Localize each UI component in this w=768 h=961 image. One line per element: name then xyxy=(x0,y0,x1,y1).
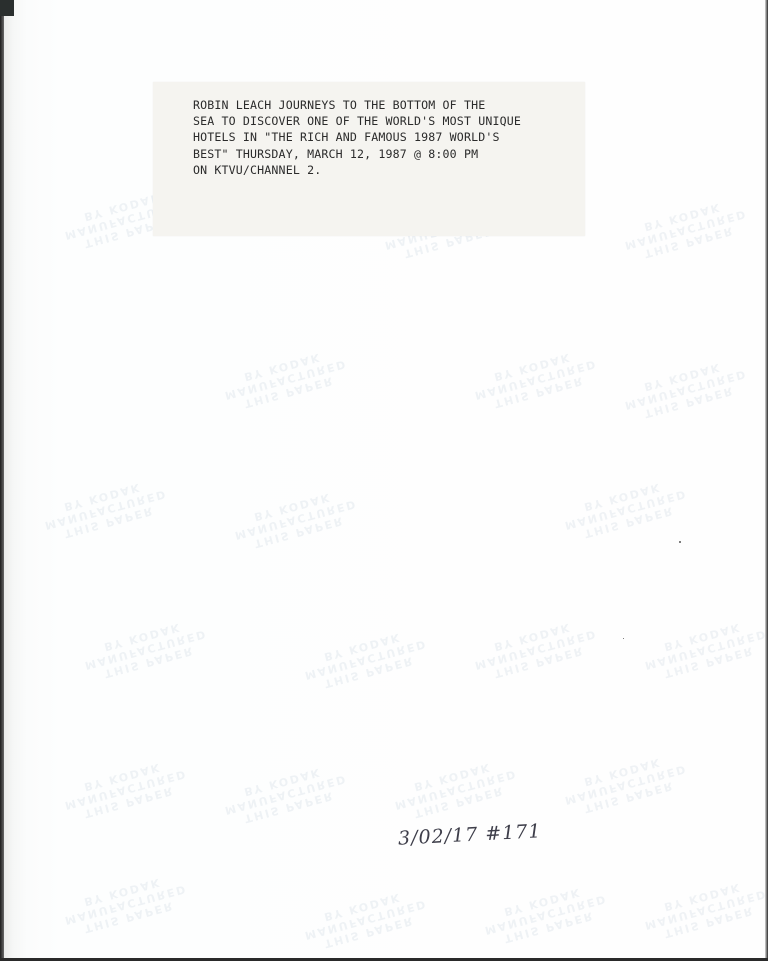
caption-line: BEST" THURSDAY, MARCH 12, 1987 @ 8:00 PM xyxy=(193,146,583,162)
watermark: THIS PAPER MANUFACTURED BY KODAK xyxy=(470,344,602,414)
caption-label: ROBIN LEACH JOURNEYS TO THE BOTTOM OF TH… xyxy=(153,82,585,236)
watermark: THIS PAPER MANUFACTURED BY KODAK xyxy=(220,344,352,414)
watermark: THIS PAPER MANUFACTURED BY KODAK xyxy=(560,749,692,819)
watermark: THIS PAPER MANUFACTURED BY KODAK xyxy=(560,474,692,544)
scan-corner xyxy=(0,0,14,16)
watermark: THIS PAPER MANUFACTURED BY KODAK xyxy=(390,754,522,824)
watermark: THIS PAPER MANUFACTURED BY KODAK xyxy=(40,474,172,544)
watermark: THIS PAPER MANUFACTURED BY KODAK xyxy=(220,759,352,829)
watermark: THIS PAPER MANUFACTURED BY KODAK xyxy=(480,879,612,949)
caption-text: ROBIN LEACH JOURNEYS TO THE BOTTOM OF TH… xyxy=(193,97,583,178)
watermark: THIS PAPER MANUFACTURED BY KODAK xyxy=(640,874,768,944)
paper-speck xyxy=(679,541,681,543)
watermark: THIS PAPER MANUFACTURED BY KODAK xyxy=(230,484,362,554)
watermark: THIS PAPER MANUFACTURED BY KODAK xyxy=(470,614,602,684)
caption-line: ON KTVU/CHANNEL 2. xyxy=(193,162,583,178)
caption-line: HOTELS IN "THE RICH AND FAMOUS 1987 WORL… xyxy=(193,129,583,145)
watermark: THIS PAPER MANUFACTURED BY KODAK xyxy=(300,884,432,954)
watermark: THIS PAPER MANUFACTURED BY KODAK xyxy=(80,614,212,684)
paper-speck xyxy=(623,638,624,639)
watermark: THIS PAPER MANUFACTURED BY KODAK xyxy=(60,869,192,939)
watermark: THIS PAPER MANUFACTURED BY KODAK xyxy=(620,354,752,424)
caption-line: SEA TO DISCOVER ONE OF THE WORLD'S MOST … xyxy=(193,113,583,129)
watermark: THIS PAPER MANUFACTURED BY KODAK xyxy=(300,624,432,694)
left-edge xyxy=(0,16,4,961)
watermark: THIS PAPER MANUFACTURED BY KODAK xyxy=(640,614,768,684)
caption-line: ROBIN LEACH JOURNEYS TO THE BOTTOM OF TH… xyxy=(193,97,583,113)
watermark: THIS PAPER MANUFACTURED BY KODAK xyxy=(60,754,192,824)
watermark: THIS PAPER MANUFACTURED BY KODAK xyxy=(620,194,752,264)
